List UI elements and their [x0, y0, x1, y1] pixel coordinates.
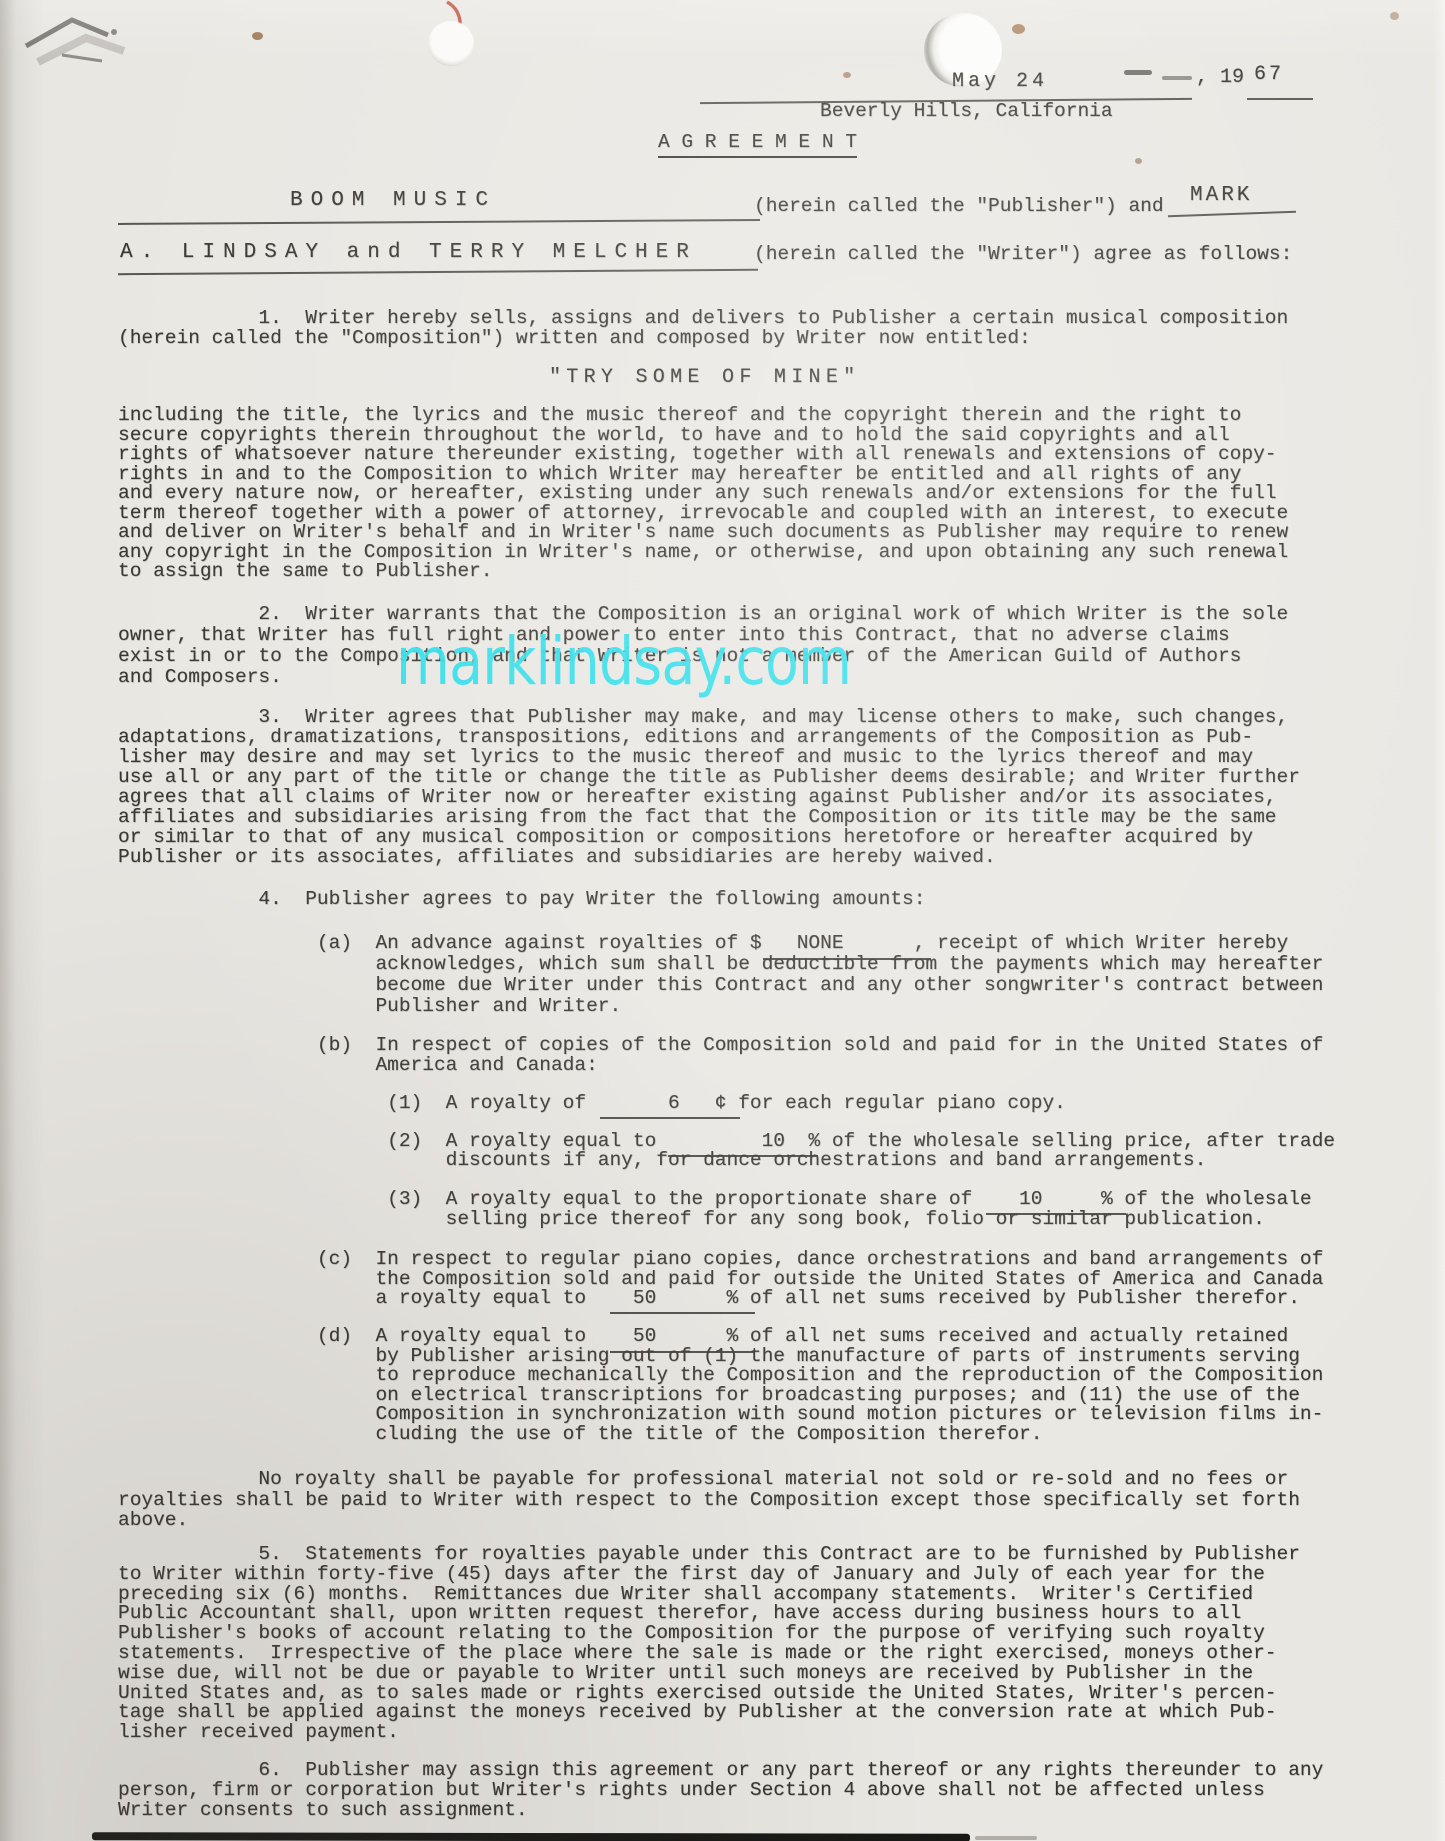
rust-stain — [1135, 158, 1142, 164]
royalty-b1-underline — [600, 1117, 740, 1119]
clause-1-body: including the title, the lyrics and the … — [118, 406, 1288, 582]
publisher-underline — [118, 219, 760, 225]
staple-mark — [18, 8, 168, 72]
rust-stain — [1012, 24, 1025, 34]
scanned-contract-page: May 24 , 19 67 Beverly Hills, California… — [0, 0, 1445, 1841]
royalty-d-underline — [610, 1351, 755, 1353]
ink-smudge — [1162, 76, 1192, 80]
clause-4b: (b) In respect of copies of the Composit… — [118, 1035, 1323, 1075]
year-underline — [1247, 98, 1313, 100]
scan-edge-smudge — [975, 1836, 1037, 1840]
clause-4b2: (2) A royalty equal to 10 % of the whole… — [118, 1132, 1335, 1170]
date-year: 67 — [1254, 65, 1284, 85]
clause-4b1: (1) A royalty of 6 ¢ for each regular pi… — [118, 1094, 1066, 1114]
clause-5: 5. Statements for royalties payable unde… — [118, 1545, 1300, 1743]
rust-stain — [1390, 12, 1399, 20]
date-suffix: , 19 — [1196, 68, 1244, 88]
clause-6: 6. Publisher may assign this agreement o… — [118, 1760, 1323, 1820]
clause-4c: (c) In respect to regular piano copies, … — [118, 1250, 1323, 1309]
punch-hole — [428, 21, 474, 66]
clause-4a: (a) An advance against royalties of $ NO… — [118, 933, 1323, 1017]
watermark: marklindsay.com — [396, 629, 851, 695]
royalty-c-underline — [610, 1312, 755, 1314]
publisher-name: BOOM MUSIC — [290, 191, 496, 211]
rust-stain — [252, 32, 263, 40]
publisher-label: (herein called the "Publisher") and — [754, 197, 1164, 217]
clause-3: 3. Writer agrees that Publisher may make… — [118, 707, 1300, 867]
advance-fill-underline — [763, 958, 931, 960]
ink-smudge — [1124, 70, 1152, 75]
no-royalty-note: No royalty shall be payable for professi… — [118, 1469, 1300, 1531]
clause-1-intro: 1. Writer hereby sells, assigns and deli… — [118, 308, 1288, 348]
writer-name-part1: MARK — [1190, 186, 1252, 206]
clause-4-heading: 4. Publisher agrees to pay Writer the fo… — [118, 890, 925, 910]
composition-title: "TRY SOME OF MINE" — [549, 368, 860, 388]
date-value: May 24 — [952, 72, 1048, 92]
scan-edge-strip — [92, 1832, 970, 1841]
writer-name-part2: A. LINDSAY and TERRY MELCHER — [120, 243, 697, 263]
rust-stain — [843, 72, 851, 78]
place-line: Beverly Hills, California — [820, 102, 1113, 122]
clause-4b3: (3) A royalty equal to the proportionate… — [118, 1189, 1312, 1229]
writer-underline — [118, 269, 758, 275]
clause-4d: (d) A royalty equal to 50 % of all net s… — [118, 1327, 1323, 1444]
royalty-b2-underline — [668, 1155, 818, 1157]
writer-name1-underline — [1168, 211, 1296, 217]
writer-label: (herein called the "Writer") agree as fo… — [754, 245, 1292, 265]
doc-title: A G R E E M E N T — [658, 133, 857, 158]
royalty-b3-underline — [986, 1213, 1126, 1215]
